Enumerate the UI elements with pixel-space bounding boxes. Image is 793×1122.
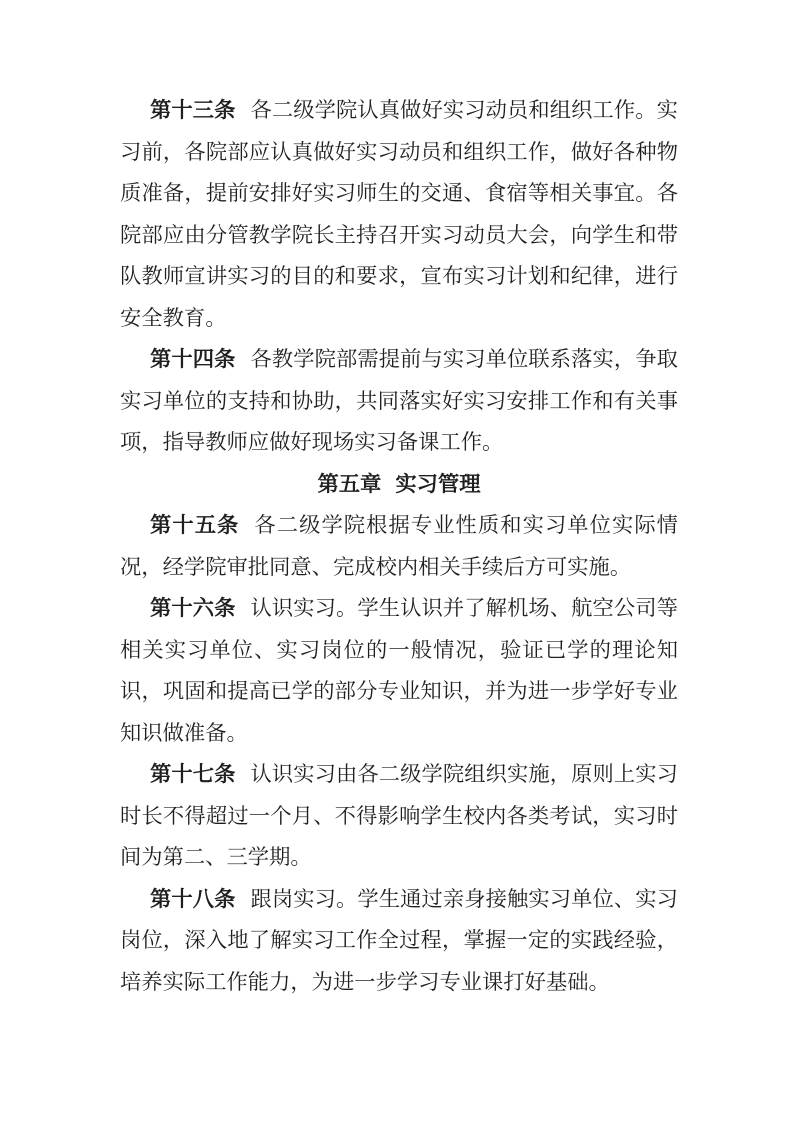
- article-paragraph: 第十四条各教学院部需提前与实习单位联系落实，争取实习单位的支持和协助，共同落实好…: [120, 339, 678, 464]
- article-number-label: 第十四条: [150, 347, 251, 371]
- document-body: 第十三条各二级学院认真做好实习动员和组织工作。实习前，各院部应认真做好实习动员和…: [120, 90, 678, 1003]
- chapter-heading: 第五章实习管理: [120, 464, 678, 506]
- article-number-label: 第十五条: [150, 513, 254, 537]
- article-text: 各二级学院认真做好实习动员和组织工作。实习前，各院部应认真做好实习动员和组织工作…: [120, 98, 678, 330]
- chapter-title: 实习管理: [395, 472, 480, 496]
- article-paragraph: 第十七条认识实习由各二级学院组织实施，原则上实习时长不得超过一个月、不得影响学生…: [120, 754, 678, 879]
- chapter-number: 第五章: [317, 472, 395, 496]
- article-paragraph: 第十八条跟岗实习。学生通过亲身接触实习单位、实习岗位，深入地了解实习工作全过程，…: [120, 879, 678, 1004]
- article-paragraph: 第十三条各二级学院认真做好实习动员和组织工作。实习前，各院部应认真做好实习动员和…: [120, 90, 678, 339]
- article-paragraph: 第十五条各二级学院根据专业性质和实习单位实际情况，经学院审批同意、完成校内相关手…: [120, 505, 678, 588]
- article-number-label: 第十六条: [150, 596, 251, 620]
- article-number-label: 第十七条: [150, 762, 251, 786]
- article-paragraph: 第十六条认识实习。学生认识并了解机场、航空公司等相关实习单位、实习岗位的一般情况…: [120, 588, 678, 754]
- article-number-label: 第十三条: [150, 98, 251, 122]
- document-page: 第十三条各二级学院认真做好实习动员和组织工作。实习前，各院部应认真做好实习动员和…: [0, 0, 793, 1122]
- article-number-label: 第十八条: [150, 887, 251, 911]
